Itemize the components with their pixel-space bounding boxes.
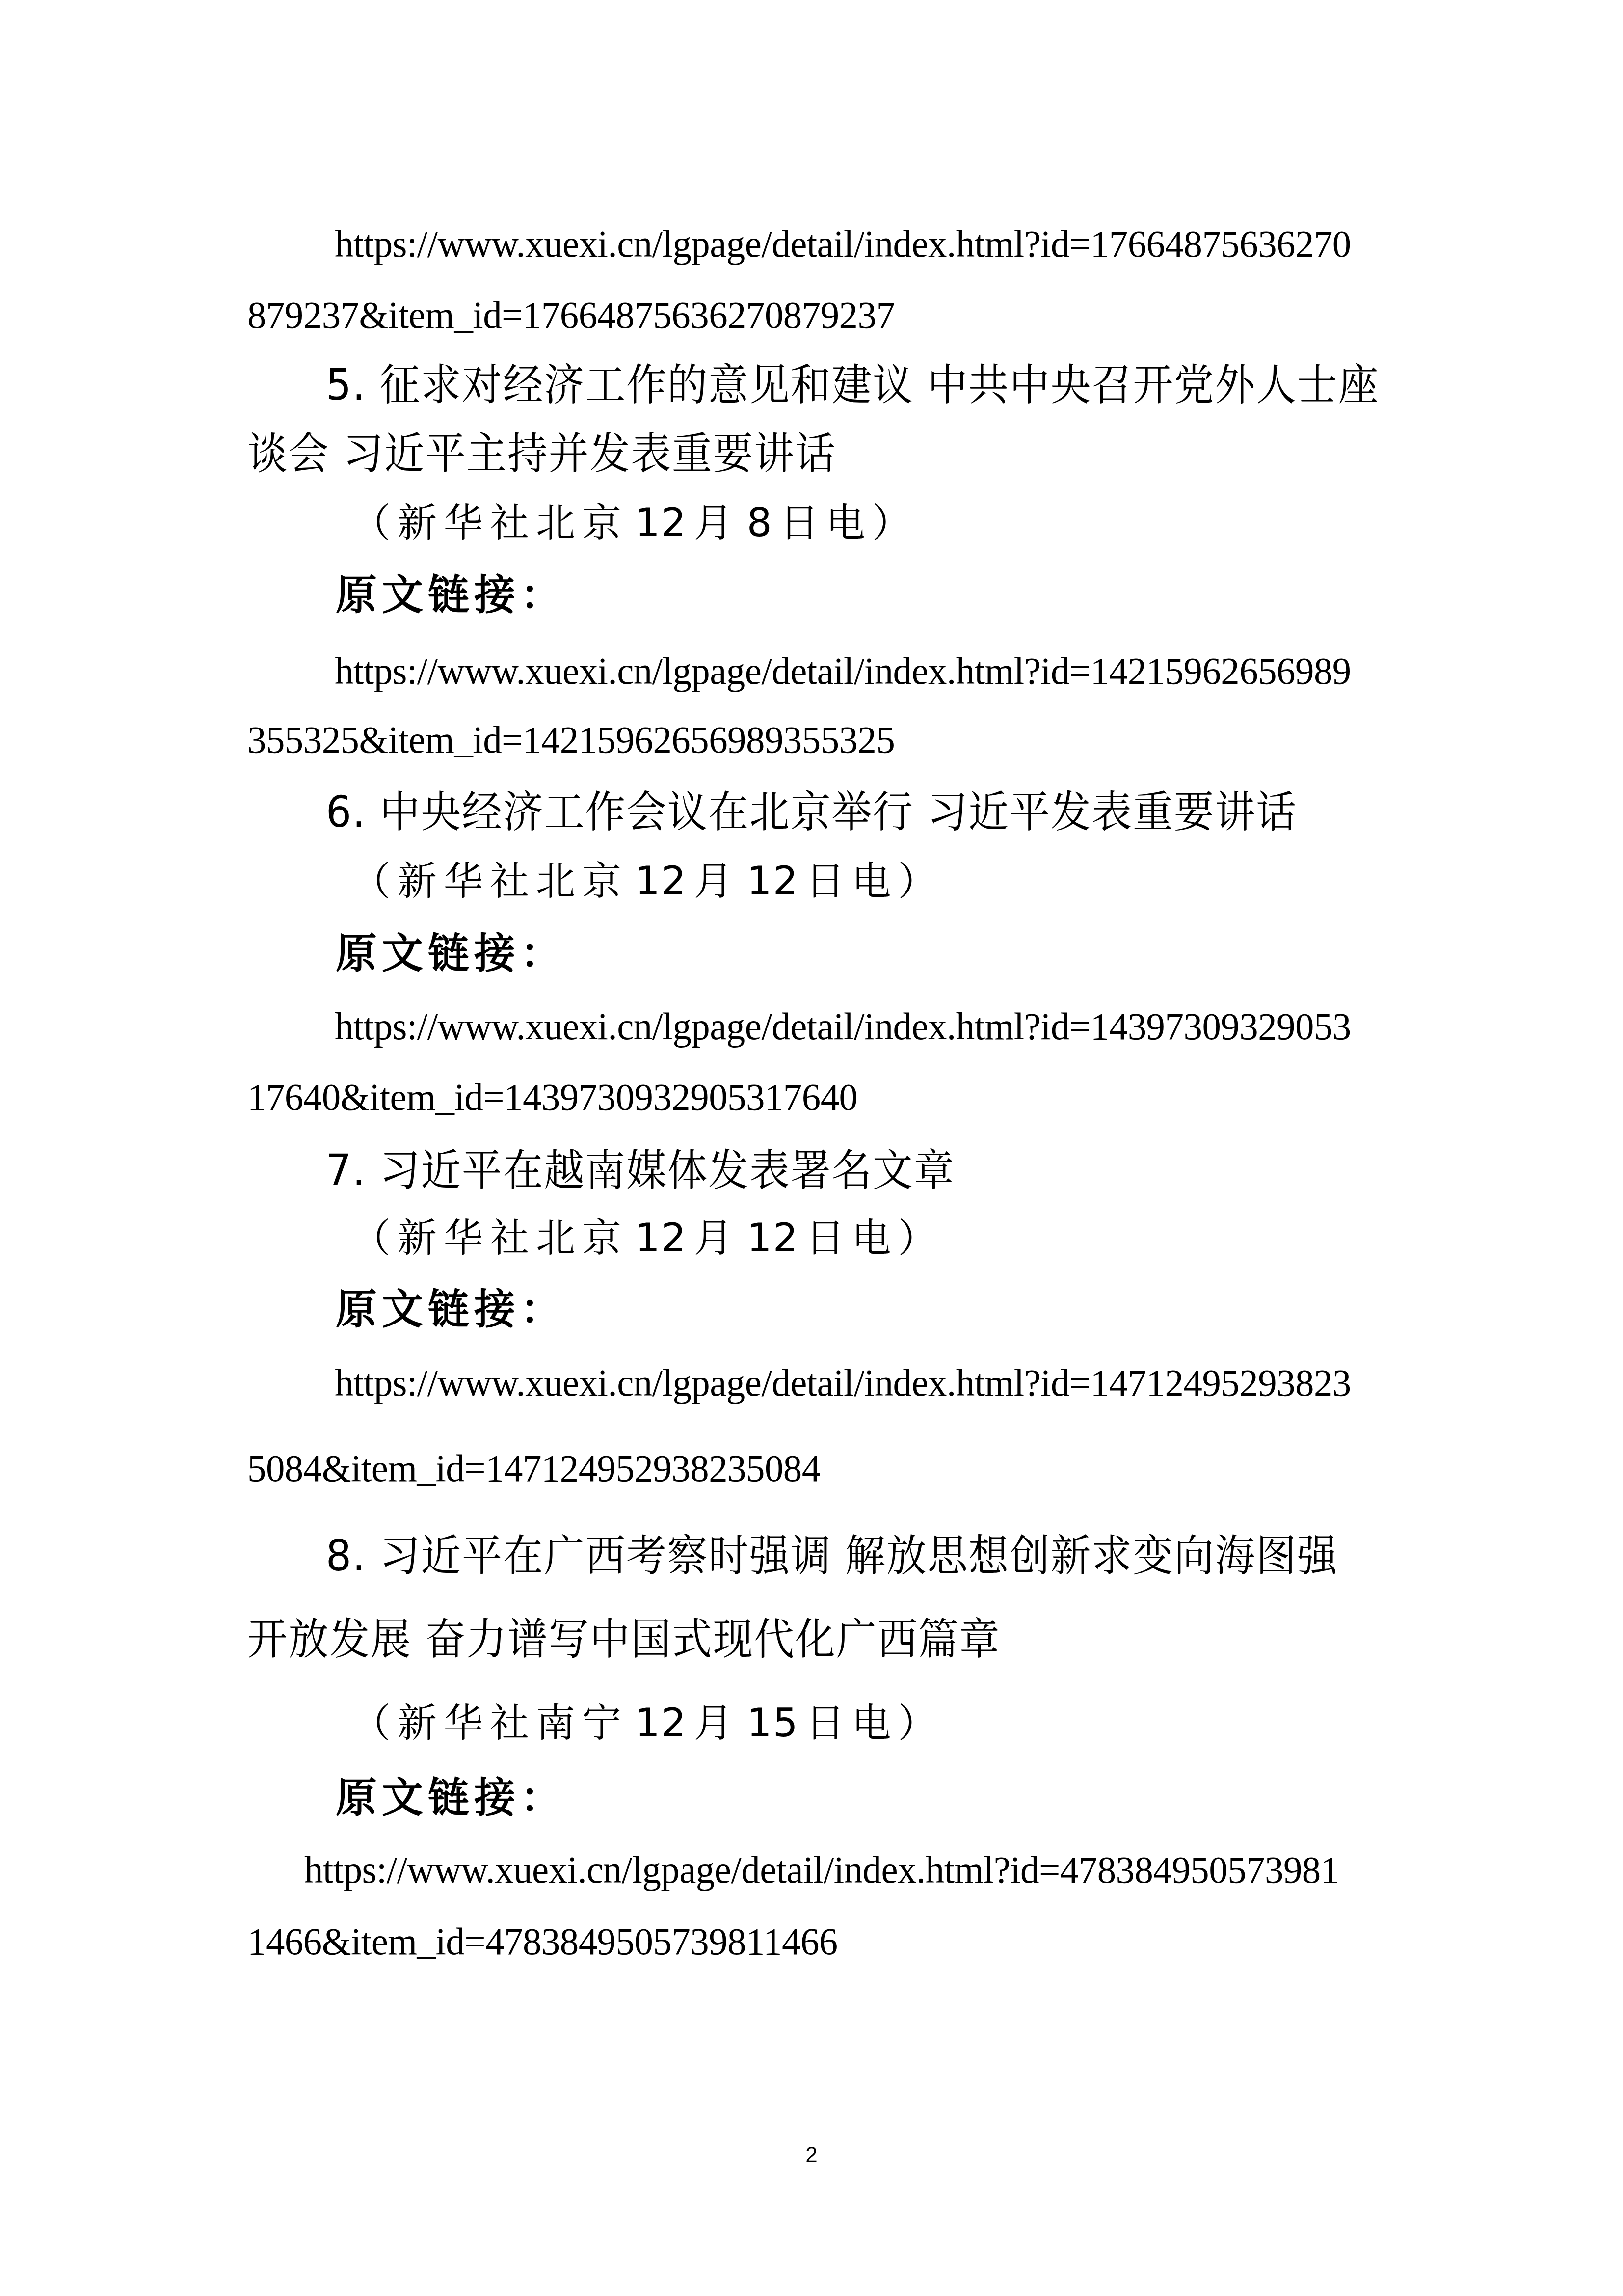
item-8-source: （新华社南宁12月15日电） (351, 1703, 944, 1743)
item-6-source: （新华社北京12月12日电） (351, 862, 944, 901)
item-5-title-line1: 5. 征求对经济工作的意见和建议 中共中央召开党外人士座 (326, 363, 1379, 406)
item-6-url-line2[interactable]: 17640&item_id=1439730932905317640 (247, 1078, 858, 1116)
item-6-title-line1: 6. 中央经济工作会议在北京举行 习近平发表重要讲话 (326, 790, 1297, 834)
item-5-url-line2[interactable]: 355325&item_id=14215962656989355325 (247, 721, 895, 759)
source-suffix: 日电） (780, 500, 918, 545)
item-6-url-line1[interactable]: https://www.xuexi.cn/lgpage/detail/index… (335, 1007, 1351, 1046)
item-5-link-label: 原文链接： (336, 574, 566, 616)
source-day: 12 (740, 1215, 806, 1261)
item-5-title-line2: 谈会 习近平主持并发表重要讲话 (247, 432, 836, 475)
item-8-link-label: 原文链接： (336, 1777, 566, 1818)
source-month: 12 (628, 858, 694, 904)
item-8-url-line2[interactable]: 1466&item_id=4783849505739811466 (247, 1922, 838, 1961)
item-7-title-line1: 7. 习近平在越南媒体发表署名文章 (326, 1149, 955, 1192)
source-day: 12 (740, 858, 806, 904)
item-5-url-line1[interactable]: https://www.xuexi.cn/lgpage/detail/index… (335, 652, 1351, 690)
item-7-link-label: 原文链接： (336, 1289, 566, 1330)
link-url-continued-line1[interactable]: https://www.xuexi.cn/lgpage/detail/index… (335, 225, 1351, 263)
source-suffix: 日电） (806, 1700, 944, 1746)
source-day: 8 (740, 500, 780, 545)
source-month: 12 (628, 1215, 694, 1261)
item-5-source: （新华社北京12月8日电） (351, 503, 918, 542)
item-7-url-line2[interactable]: 5084&item_id=147124952938235084 (247, 1449, 821, 1487)
source-suffix: 日电） (806, 1215, 944, 1261)
item-8-title-line1: 8. 习近平在广西考察时强调 解放思想创新求变向海图强 (326, 1534, 1338, 1577)
source-month: 12 (628, 1700, 694, 1746)
item-6-link-label: 原文链接： (336, 933, 566, 974)
source-mid: 月 (694, 858, 740, 904)
item-7-source: （新华社北京12月12日电） (351, 1218, 944, 1258)
link-url-continued-line2[interactable]: 879237&item_id=17664875636270879237 (247, 296, 895, 334)
item-7-url-line1[interactable]: https://www.xuexi.cn/lgpage/detail/index… (335, 1364, 1351, 1402)
source-mid: 月 (694, 1215, 740, 1261)
source-prefix: （新华社北京 (351, 500, 628, 545)
item-8-title-line2: 开放发展 奋力谱写中国式现代化广西篇章 (247, 1618, 1000, 1661)
page-number: 2 (0, 2144, 1623, 2166)
source-mid: 月 (694, 1700, 740, 1746)
source-suffix: 日电） (806, 858, 944, 904)
source-prefix: （新华社北京 (351, 1215, 628, 1261)
item-8-url-line1[interactable]: https://www.xuexi.cn/lgpage/detail/index… (304, 1851, 1339, 1889)
source-day: 15 (740, 1700, 806, 1746)
source-prefix: （新华社南宁 (351, 1700, 628, 1746)
source-mid: 月 (694, 500, 740, 545)
source-prefix: （新华社北京 (351, 858, 628, 904)
source-month: 12 (628, 500, 694, 545)
